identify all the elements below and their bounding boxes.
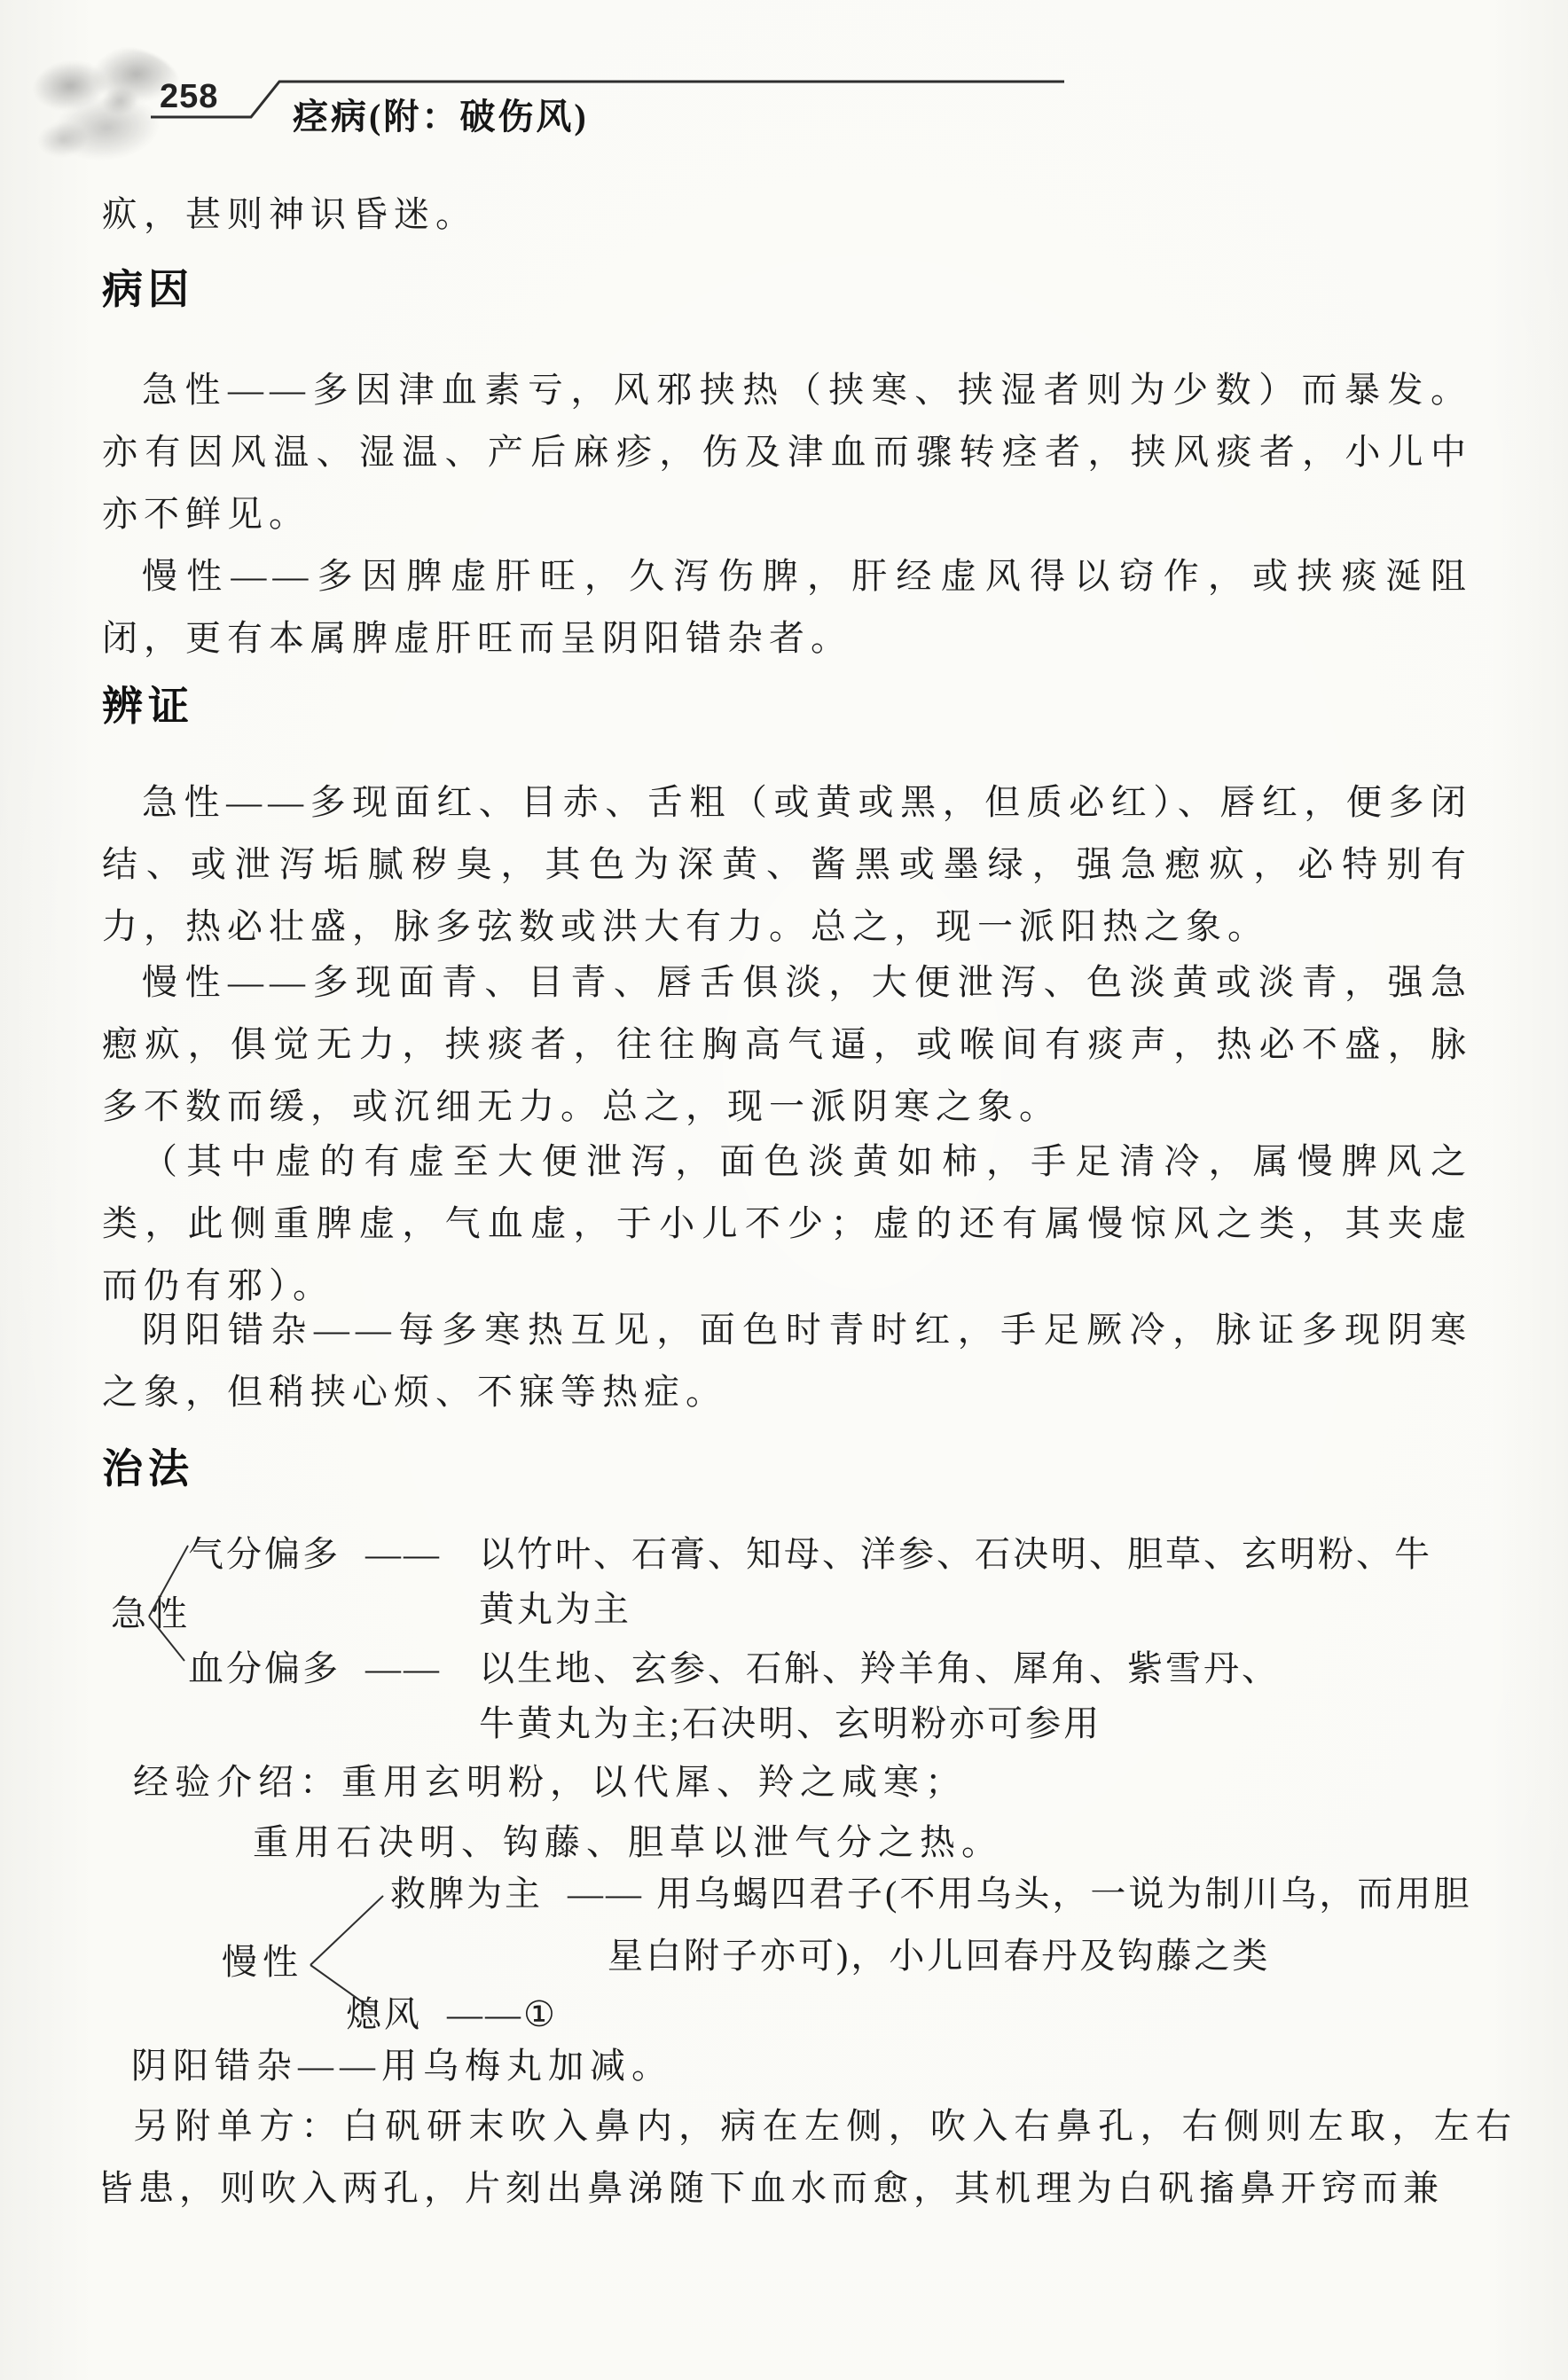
diagnosis-paragraph-yinyang: 阴阳错杂——每多寒热互见，面色时青时红，手足厥冷，脉证多现阴寒之象，但稍挟心烦、… [102,1299,1472,1423]
treatment-yinyang-line: 阴阳错杂——用乌梅丸加减。 [131,2035,673,2097]
experience-line-1: 经验介绍：重用玄明粉，以代犀、羚之咸寒； [133,1751,967,1813]
chronic-branch-jiupi-line-2: 星白附子亦可)，小儿回春丹及钩藤之类 [608,1929,1270,1984]
chronic-branch-jiupi-line-1: 用乌蝎四君子(不用乌头，一说为制川乌，而用胆 [656,1867,1471,1922]
chronic-branch-jiupi-head: 救脾为主—— [390,1867,644,1922]
chronic-branch-xifeng-name: 熄风 [346,1994,422,2034]
branch-text-line: 牛黄丸为主;石决明、玄明粉亦可参用 [479,1696,1280,1751]
diagnosis-paragraph-acute: 急性——多现面红、目赤、舌粗（或黄或黑，但质必红）、唇红，便多闭结、或泄泻垢腻秽… [102,771,1472,958]
acute-branch-qifen-name: 气分偏多 [188,1534,341,1574]
chronic-branch-jiupi-name: 救脾为主 [390,1874,543,1914]
experience-line-2: 重用石决明、钩藤、胆草以泄气分之热。 [253,1812,1003,1874]
acute-branch-xuefen-head: 血分偏多—— [188,1641,442,1696]
branch-text-line: 黄丸为主 [479,1582,1432,1637]
header-divider-line [137,73,1078,126]
branch-text-line: 以竹叶、石膏、知母、洋参、石决明、胆草、玄明粉、牛 [479,1527,1432,1582]
footnote-marker: ① [523,1994,558,2034]
chapter-title: 痉病(附：破伤风) [293,89,589,139]
acute-branch-qifen-head: 气分偏多—— [188,1527,442,1582]
chronic-branch-xifeng: 熄风——① [346,1987,558,2042]
intro-paragraph: 疭，甚则神识昏迷。 [102,184,1472,246]
cause-paragraph-chronic: 慢性——多因脾虚肝旺，久泻伤脾，肝经虚风得以窃作，或挟痰涎阻闭，更有本属脾虚肝旺… [102,545,1472,669]
branch-dash: —— [568,1874,644,1914]
acute-branch-xuefen-text: 以生地、玄参、石斛、羚羊角、犀角、紫雪丹、 牛黄丸为主;石决明、玄明粉亦可参用 [479,1641,1280,1751]
acute-tree-bracket [142,1538,195,1667]
section-heading-diagnosis: 辨证 [102,683,194,731]
diagnosis-paragraph-note: （其中虚的有虚至大便泄泻，面色淡黄如柿，手足清冷，属慢脾风之类，此侧重脾虚，气血… [102,1131,1472,1317]
branch-dash: —— [365,1648,442,1688]
branch-dash: —— [365,1534,442,1574]
acute-branch-qifen-text: 以竹叶、石膏、知母、洋参、石决明、胆草、玄明粉、牛 黄丸为主 [479,1527,1432,1637]
page-number: 258 [160,78,218,116]
cause-paragraph-acute: 急性——多因津血素亏，风邪挟热（挟寒、挟湿者则为少数）而暴发。亦有因风温、湿温、… [102,359,1472,545]
branch-dash: —— [447,1994,523,2034]
chronic-tree-label: 慢性 [222,1935,303,1990]
remedy-paragraph: 另附单方：白矾研末吹入鼻内，病在左侧，吹入右鼻孔，右侧则左取，左右皆患，则吹入两… [98,2095,1517,2220]
branch-text-line: 以生地、玄参、石斛、羚羊角、犀角、紫雪丹、 [479,1641,1280,1696]
acute-branch-xuefen-name: 血分偏多 [188,1648,341,1688]
section-heading-treatment: 治法 [102,1445,194,1493]
diagnosis-paragraph-chronic: 慢性——多现面青、目青、唇舌俱淡，大便泄泻、色淡黄或淡青，强急瘛疭，俱觉无力，挟… [102,951,1472,1138]
section-heading-cause: 病因 [102,266,194,314]
book-page-scan: 258 痉病(附：破伤风) 疭，甚则神识昏迷。 病因 急性——多因津血素亏，风邪… [0,0,1568,2380]
